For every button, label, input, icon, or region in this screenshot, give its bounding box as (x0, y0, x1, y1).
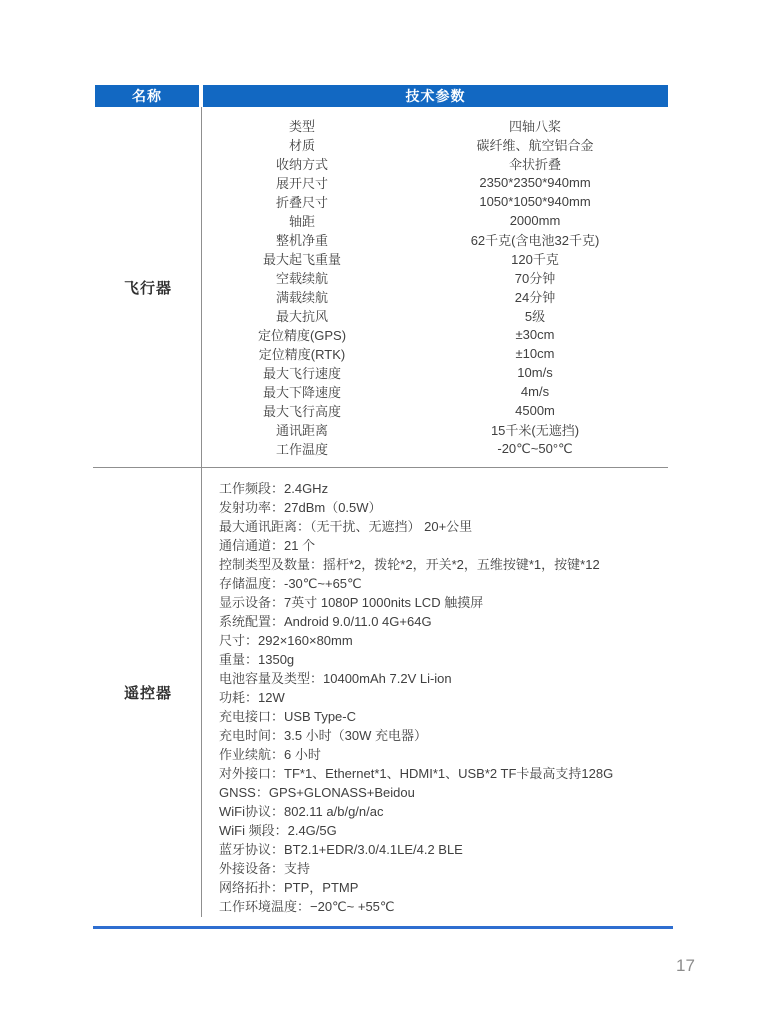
spec-label: 最大飞行高度 (202, 401, 402, 420)
spec-label: 材质 (202, 135, 402, 154)
spec-line: 充电时间：3.5 小时（30W 充电器） (219, 726, 668, 745)
spec-row: 通讯距离15千米(无遮挡) (202, 420, 668, 439)
spec-line: 外接设备：支持 (219, 859, 668, 878)
header-cell-name: 名称 (95, 85, 199, 107)
spec-label: 收纳方式 (202, 154, 402, 173)
spec-row: 最大下降速度4m/s (202, 382, 668, 401)
spec-row: 最大飞行速度10m/s (202, 363, 668, 382)
remote-spec-lines: 工作频段：2.4GHz发射功率：27dBm（0.5W）最大通讯距离：（无干扰、无… (201, 468, 668, 917)
spec-value: ±30cm (402, 327, 668, 342)
spec-line: 显示设备：7英寸 1080P 1000nits LCD 触摸屏 (219, 593, 668, 612)
spec-label: 满载续航 (202, 287, 402, 306)
spec-row: 定位精度(RTK)±10cm (202, 344, 668, 363)
footer-rule (93, 926, 673, 929)
spec-line: 工作频段：2.4GHz (219, 479, 668, 498)
spec-line: 通信通道：21 个 (219, 536, 668, 555)
spec-value: 5级 (402, 306, 668, 325)
spec-row: 收纳方式伞状折叠 (202, 154, 668, 173)
section-aircraft-name: 飞行器 (95, 107, 201, 467)
spec-row: 最大抗风5级 (202, 306, 668, 325)
spec-line: 最大通讯距离：（无干扰、无遮挡） 20+公里 (219, 517, 668, 536)
spec-value: ±10cm (402, 346, 668, 361)
spec-line: 对外接口：TF*1、Ethernet*1、HDMI*1、USB*2 TF卡最高支… (219, 764, 668, 783)
spec-value: 碳纤维、航空铝合金 (402, 135, 668, 154)
spec-value: 1050*1050*940mm (402, 194, 668, 209)
spec-label: 展开尺寸 (202, 173, 402, 192)
spec-line: WiFi 频段：2.4G/5G (219, 821, 668, 840)
spec-line: WiFi协议：802.11 a/b/g/n/ac (219, 802, 668, 821)
spec-line: 系统配置：Android 9.0/11.0 4G+64G (219, 612, 668, 631)
spec-value: 4500m (402, 403, 668, 418)
spec-value: 2000mm (402, 213, 668, 228)
spec-label: 折叠尺寸 (202, 192, 402, 211)
spec-label: 类型 (202, 116, 402, 135)
spec-line: 蓝牙协议：BT2.1+EDR/3.0/4.1LE/4.2 BLE (219, 840, 668, 859)
spec-line: 功耗：12W (219, 688, 668, 707)
spec-line: 充电接口：USB Type-C (219, 707, 668, 726)
spec-value: 24分钟 (402, 287, 668, 306)
spec-row: 折叠尺寸1050*1050*940mm (202, 192, 668, 211)
aircraft-spec-rows: 类型四轴八桨材质碳纤维、航空铝合金收纳方式伞状折叠展开尺寸2350*2350*9… (201, 107, 668, 467)
spec-label: 最大下降速度 (202, 382, 402, 401)
spec-line: 控制类型及数量：摇杆*2，拨轮*2，开关*2，五维按键*1，按键*12 (219, 555, 668, 574)
spec-label: 最大抗风 (202, 306, 402, 325)
spec-label: 通讯距离 (202, 420, 402, 439)
spec-row: 定位精度(GPS)±30cm (202, 325, 668, 344)
spec-value: 10m/s (402, 365, 668, 380)
spec-label: 定位精度(RTK) (202, 344, 402, 363)
section-remote-name: 遥控器 (95, 468, 201, 917)
spec-sheet-page: 名称 技术参数 飞行器 类型四轴八桨材质碳纤维、航空铝合金收纳方式伞状折叠展开尺… (0, 0, 761, 1024)
spec-value: 4m/s (402, 384, 668, 399)
spec-value: 2350*2350*940mm (402, 175, 668, 190)
spec-label: 定位精度(GPS) (202, 325, 402, 344)
header-cell-params: 技术参数 (203, 85, 668, 107)
spec-value: 15千米(无遮挡) (402, 420, 668, 439)
spec-line: 尺寸：292×160×80mm (219, 631, 668, 650)
page-number: 17 (676, 956, 695, 976)
spec-label: 轴距 (202, 211, 402, 230)
section-remote: 遥控器 工作频段：2.4GHz发射功率：27dBm（0.5W）最大通讯距离：（无… (95, 468, 668, 917)
spec-row: 整机净重62千克(含电池32千克) (202, 230, 668, 249)
spec-line: 重量：1350g (219, 650, 668, 669)
spec-line: 作业续航：6 小时 (219, 745, 668, 764)
spec-line: 存储温度：-30℃~+65℃ (219, 574, 668, 593)
spec-value: 70分钟 (402, 268, 668, 287)
spec-label: 最大飞行速度 (202, 363, 402, 382)
spec-row: 最大飞行高度4500m (202, 401, 668, 420)
spec-value: 四轴八桨 (402, 116, 668, 135)
table-header: 名称 技术参数 (95, 85, 668, 107)
spec-value: 伞状折叠 (402, 154, 668, 173)
spec-value: -20℃~50°℃ (402, 441, 668, 457)
spec-label: 工作温度 (202, 439, 402, 458)
spec-value: 120千克 (402, 249, 668, 268)
spec-line: GNSS：GPS+GLONASS+Beidou (219, 783, 668, 802)
section-aircraft: 飞行器 类型四轴八桨材质碳纤维、航空铝合金收纳方式伞状折叠展开尺寸2350*23… (95, 107, 668, 467)
spec-row: 满载续航24分钟 (202, 287, 668, 306)
spec-line: 电池容量及类型：10400mAh 7.2V Li-ion (219, 669, 668, 688)
spec-row: 材质碳纤维、航空铝合金 (202, 135, 668, 154)
spec-line: 发射功率：27dBm（0.5W） (219, 498, 668, 517)
spec-row: 空载续航70分钟 (202, 268, 668, 287)
spec-label: 整机净重 (202, 230, 402, 249)
spec-row: 类型四轴八桨 (202, 116, 668, 135)
spec-line: 网络拓扑：PTP，PTMP (219, 878, 668, 897)
spec-label: 最大起飞重量 (202, 249, 402, 268)
spec-value: 62千克(含电池32千克) (402, 230, 668, 249)
spec-row: 最大起飞重量120千克 (202, 249, 668, 268)
spec-row: 工作温度-20℃~50°℃ (202, 439, 668, 458)
spec-line: 工作环境温度：−20℃~ +55℃ (219, 897, 668, 916)
spec-row: 展开尺寸2350*2350*940mm (202, 173, 668, 192)
spec-label: 空载续航 (202, 268, 402, 287)
spec-row: 轴距2000mm (202, 211, 668, 230)
